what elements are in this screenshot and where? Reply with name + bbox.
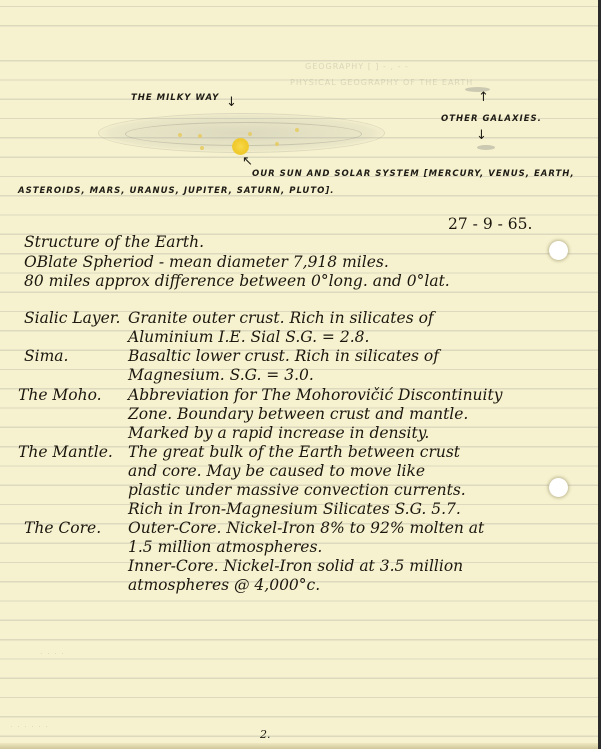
- sun-label-line2: ASTEROIDS, MARS, URANUS, JUPITER, SATURN…: [18, 186, 334, 196]
- section-label-sima: Sima.: [24, 347, 68, 365]
- section-label-moho: The Moho.: [18, 386, 102, 404]
- page-number: 2.: [260, 728, 271, 741]
- section-label-core: The Core.: [24, 519, 101, 537]
- section-line: and core. May be caused to move like: [128, 462, 425, 480]
- intro-line: 80 miles approx difference between 0°lon…: [24, 272, 450, 290]
- section-line: Magnesium. S.G. = 3.0.: [128, 366, 314, 384]
- arrow-down-icon: ↓: [476, 128, 487, 143]
- section-line: Outer-Core. Nickel-Iron 8% to 92% molten…: [128, 519, 484, 537]
- intro-line: OBlate Spheriod - mean diameter 7,918 mi…: [24, 253, 389, 271]
- star-dot: [198, 134, 202, 138]
- arrow-diagonal-icon: ↖: [242, 154, 253, 169]
- notebook-page: GEOGRAPHY [ ] - , - - PHYSICAL GEOGRAPHY…: [0, 0, 601, 749]
- section-line: 1.5 million atmospheres.: [128, 538, 322, 556]
- section-line: Rich in Iron-Magnesium Silicates S.G. 5.…: [128, 500, 461, 518]
- sun-label-line1: OUR SUN AND SOLAR SYSTEM [MERCURY, VENUS…: [252, 169, 575, 179]
- star-dot: [295, 128, 299, 132]
- star-dot: [200, 146, 204, 150]
- section-line: Basaltic lower crust. Rich in silicates …: [128, 347, 439, 365]
- bleed-through-text: PHYSICAL GEOGRAPHY OF THE EARTH: [290, 78, 473, 87]
- arrow-down-icon: ↓: [226, 95, 237, 110]
- star-dot: [178, 133, 182, 137]
- punch-hole: [549, 478, 568, 497]
- other-galaxies-label: OTHER GALAXIES.: [441, 114, 542, 124]
- milky-way-label: THE MILKY WAY: [131, 93, 219, 103]
- section-line: atmospheres @ 4,000°c.: [128, 576, 320, 594]
- section-line: Zone. Boundary between crust and mantle.: [128, 405, 468, 423]
- arrow-up-icon: ↑: [478, 90, 489, 105]
- page-bottom-edge: [0, 743, 601, 749]
- section-line: plastic under massive convection current…: [128, 481, 466, 499]
- section-line: Marked by a rapid increase in density.: [128, 424, 429, 442]
- date: 27 - 9 - 65.: [448, 215, 532, 233]
- section-label-mantle: The Mantle.: [18, 443, 113, 461]
- star-dot: [275, 142, 279, 146]
- page-title: Structure of the Earth.: [24, 233, 204, 251]
- section-line: Granite outer crust. Rich in silicates o…: [128, 309, 434, 327]
- bleed-through-text: . . . . . .: [10, 720, 49, 729]
- section-label-sialic: Sialic Layer.: [24, 309, 120, 327]
- other-galaxy-drawing: [477, 145, 495, 150]
- bleed-through-text: . . . .: [40, 647, 65, 656]
- section-line: Inner-Core. Nickel-Iron solid at 3.5 mil…: [128, 557, 463, 575]
- punch-hole: [549, 241, 568, 260]
- section-line: Aluminium I.E. Sial S.G. = 2.8.: [128, 328, 369, 346]
- sun-drawing: [232, 138, 249, 155]
- bleed-through-text: GEOGRAPHY [ ] - , - -: [305, 62, 409, 71]
- star-dot: [248, 132, 252, 136]
- section-line: Abbreviation for The Mohorovičić Discont…: [128, 386, 502, 404]
- section-line: The great bulk of the Earth between crus…: [128, 443, 460, 461]
